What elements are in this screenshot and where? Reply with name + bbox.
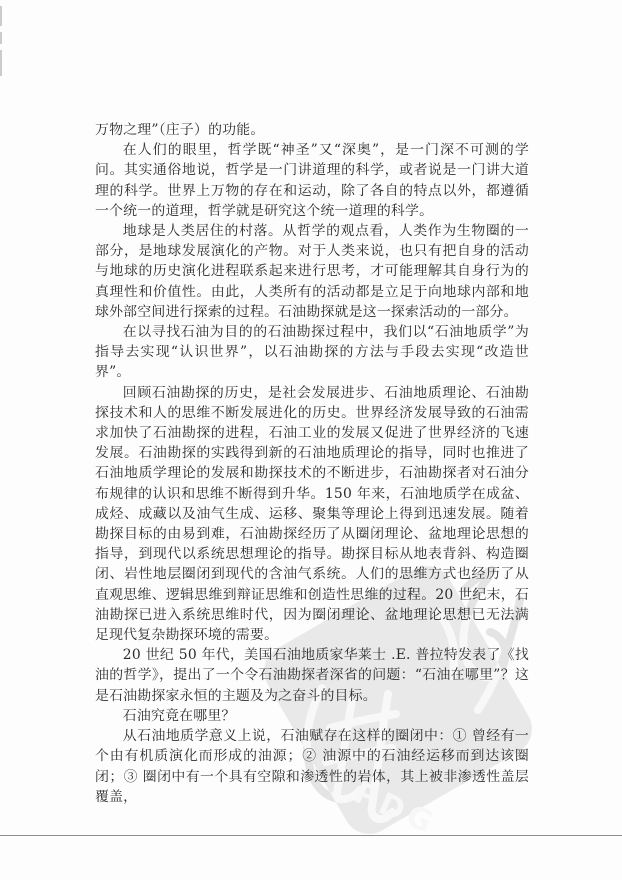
paragraph: 地球是人类居住的村落。从哲学的观点看，人类作为生物圈的一部分，是地球发展演化的产… [95, 221, 529, 322]
paragraph: 20 世纪 50 年代，美国石油地质家华莱士 .E. 普拉特发表了《找油的哲学》… [95, 645, 529, 706]
scan-artifact-mark [0, 50, 2, 76]
scan-artifact-mark [0, 6, 2, 26]
paragraph: 从石油地质学意义上说，石油赋存在这样的圈闭中：① 曾经有一个由有机质演化而形成的… [95, 726, 529, 807]
scanned-book-page: PDG 万物之理”（庄子）的功能。 在人们的眼里，哲学既“神圣”又“深奥”，是一… [0, 0, 622, 880]
paragraph: 石油究竟在哪里？ [95, 706, 529, 726]
footer-rule [0, 835, 622, 836]
paragraph: 万物之理”（庄子）的功能。 [95, 120, 529, 140]
scan-artifact-mark [0, 32, 2, 44]
page-text: 万物之理”（庄子）的功能。 在人们的眼里，哲学既“神圣”又“深奥”，是一门深不可… [95, 120, 529, 807]
paragraph: 回顾石油勘探的历史，是社会发展进步、石油地质理论、石油勘探技术和人的思维不断发展… [95, 383, 529, 646]
paragraph: 在人们的眼里，哲学既“神圣”又“深奥”，是一门深不可测的学问。其实通俗地说，哲学… [95, 140, 529, 221]
paragraph: 在以寻找石油为目的的石油勘探过程中，我们以“石油地质学”为指导去实现“认识世界”… [95, 322, 529, 383]
